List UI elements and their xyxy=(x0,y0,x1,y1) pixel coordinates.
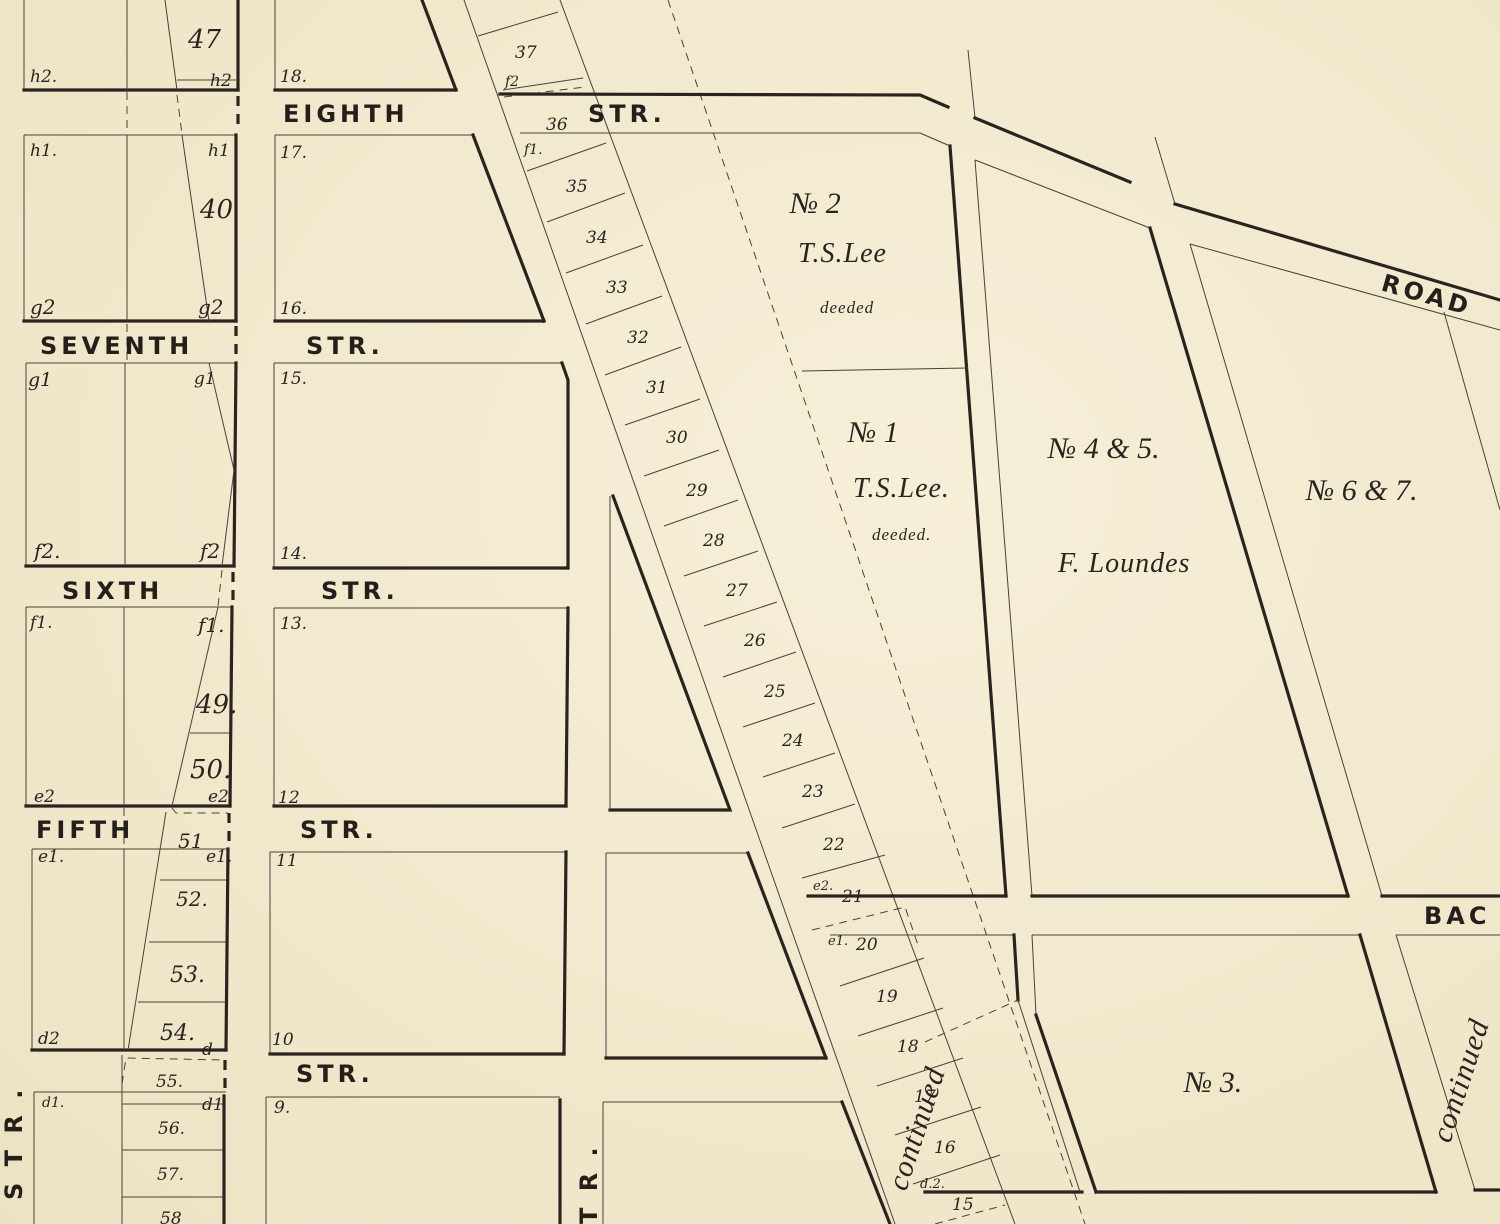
mark-h2-right: h2 xyxy=(210,71,232,91)
lot-35: 35 xyxy=(566,177,588,197)
mark-e1: e1. xyxy=(828,934,848,949)
street-label-center-vertical: T R . xyxy=(575,1143,603,1224)
mark-e2-right: e2 xyxy=(208,787,229,807)
lot-51: 51 xyxy=(178,829,203,853)
lot-31: 31 xyxy=(646,378,668,398)
mark-f2-right: f2 xyxy=(198,539,220,563)
street-label-fifth: FIFTH xyxy=(36,816,134,844)
lot-58: 58 xyxy=(160,1209,182,1224)
mark-e2-left: e2 xyxy=(34,787,55,807)
parcel-no45-number: № 4 & 5. xyxy=(1047,432,1160,465)
lot-30: 30 xyxy=(666,428,688,448)
mark-g1-left: g1 xyxy=(28,369,52,391)
lower-right-blocks xyxy=(920,935,1500,1192)
parcel-no3-number: № 3. xyxy=(1183,1066,1242,1099)
mark-d2-right: d xyxy=(202,1040,213,1060)
mark-h1-left: h1. xyxy=(30,141,57,161)
lot-10-block: 10 xyxy=(272,1030,294,1050)
lot-57: 57. xyxy=(157,1165,184,1185)
lot-24: 24 xyxy=(781,731,804,751)
lot-27: 27 xyxy=(725,581,748,601)
parcel-no1-owner: T.S.Lee. xyxy=(853,473,950,504)
mark-e1-right: e1. xyxy=(206,847,232,867)
mark-f1-right: f1. xyxy=(196,613,224,637)
center-lot-numbers: 18. 17. 16. 15. 14. 13. 12 11 10 9. xyxy=(272,67,307,1118)
lot-11-block: 11 xyxy=(276,851,298,871)
mark-f2-left: f2. xyxy=(32,539,60,563)
mark-e1-left: e1. xyxy=(38,847,64,867)
lot-9-block: 9. xyxy=(274,1098,290,1118)
street-label-fifth-str: STR. xyxy=(300,816,378,844)
mark-f1-left: f1. xyxy=(28,613,53,633)
street-label-eighth: EIGHTH xyxy=(283,100,409,128)
lot-18: 18 xyxy=(897,1037,919,1057)
lot-23: 23 xyxy=(801,782,824,802)
parcel-no1-status: deeded. xyxy=(872,525,931,544)
mark-d2-left: d2 xyxy=(38,1029,60,1049)
parcel-no2-status: deeded xyxy=(820,298,874,317)
mark-e2: e2. xyxy=(813,879,833,894)
lot-28: 28 xyxy=(702,531,725,551)
lot-32: 32 xyxy=(627,328,649,348)
lot-19: 19 xyxy=(876,987,898,1007)
mark-h2-left: h2. xyxy=(30,67,57,87)
lot-18-block: 18. xyxy=(280,67,307,87)
lot-26: 26 xyxy=(743,631,766,651)
lot-15-block: 15. xyxy=(280,369,307,389)
lot-17-block: 17. xyxy=(280,143,307,163)
lot-14-block: 14. xyxy=(280,544,307,564)
lot-33: 33 xyxy=(606,278,628,298)
lot-17: 17 xyxy=(914,1087,936,1107)
street-labels: EIGHTH STR. SEVENTH STR. SIXTH STR. FIFT… xyxy=(0,100,1490,1224)
mark-f2: f2 xyxy=(504,74,519,90)
lot-52: 52. xyxy=(176,887,208,911)
lot-25: 25 xyxy=(763,682,786,702)
road-boundaries xyxy=(500,50,1500,330)
lot-49: 49. xyxy=(195,690,237,720)
lot-47: 47 xyxy=(187,25,222,55)
lot-50: 50. xyxy=(190,755,231,785)
lot-56: 56. xyxy=(158,1119,185,1139)
lot-34: 34 xyxy=(586,228,608,248)
lot-13-block: 13. xyxy=(280,614,307,634)
lot-20: 20 xyxy=(855,935,878,955)
mark-d1-left: d1. xyxy=(42,1095,64,1111)
lot-22: 22 xyxy=(822,835,845,855)
parcel-6-7 xyxy=(1190,244,1500,896)
lot-15: 15 xyxy=(952,1195,974,1215)
street-label-eighth-str: STR. xyxy=(588,100,666,128)
continued-label-2: continued xyxy=(1425,1015,1496,1146)
street-label-seventh-str: STR. xyxy=(306,332,384,360)
diagonal-lot-strip xyxy=(464,0,1085,1224)
parcel-no2-owner: T.S.Lee xyxy=(798,238,887,269)
parcel-labels: № 2 T.S.Lee deeded № 1 T.S.Lee. deeded. … xyxy=(789,187,1496,1194)
lot-29: 29 xyxy=(685,481,708,501)
mark-h1-right: h1 xyxy=(208,141,230,161)
street-label-sixth-str: STR. xyxy=(321,577,399,605)
lot-21: 21 xyxy=(841,887,864,907)
parcel-lowndes xyxy=(975,160,1348,896)
mark-g1-right: g1 xyxy=(194,369,216,389)
street-label-fourth-str: STR. xyxy=(296,1060,374,1088)
street-label-seventh: SEVENTH xyxy=(40,332,193,360)
map-canvas: EIGHTH STR. SEVENTH STR. SIXTH STR. FIFT… xyxy=(0,0,1500,1224)
mark-f1: f1. xyxy=(523,142,543,158)
mark-d2: d.2. xyxy=(920,1177,945,1192)
lot-54: 54. xyxy=(160,1021,195,1046)
lot-16-block: 16. xyxy=(280,299,307,319)
street-label-back: BAC xyxy=(1424,902,1490,930)
diagonal-lot-numbers: 37 36 35 34 33 32 31 30 29 28 27 26 25 2… xyxy=(504,43,974,1215)
mark-g2-left: g2 xyxy=(30,295,56,319)
mark-g2-right: g2 xyxy=(198,295,224,319)
lot-55: 55. xyxy=(156,1072,183,1092)
parcel-no2-number: № 2 xyxy=(789,187,841,220)
lot-40: 40 xyxy=(199,195,233,225)
parcel-no1-number: № 1 xyxy=(847,416,899,449)
lot-37: 37 xyxy=(515,43,537,63)
parcel-no67-number: № 6 & 7. xyxy=(1305,474,1418,507)
lot-36: 36 xyxy=(546,115,568,135)
lot-12-block: 12 xyxy=(278,788,300,808)
parcel-no45-owner: F. Loundes xyxy=(1057,548,1190,579)
street-label-left-vertical: S T R . xyxy=(0,1086,28,1200)
survey-map[interactable]: EIGHTH STR. SEVENTH STR. SIXTH STR. FIFT… xyxy=(0,0,1500,1224)
street-label-sixth: SIXTH xyxy=(62,577,163,605)
mark-d1-right: d1 xyxy=(202,1095,224,1115)
lot-53: 53. xyxy=(170,963,205,988)
lot-16: 16 xyxy=(934,1138,956,1158)
